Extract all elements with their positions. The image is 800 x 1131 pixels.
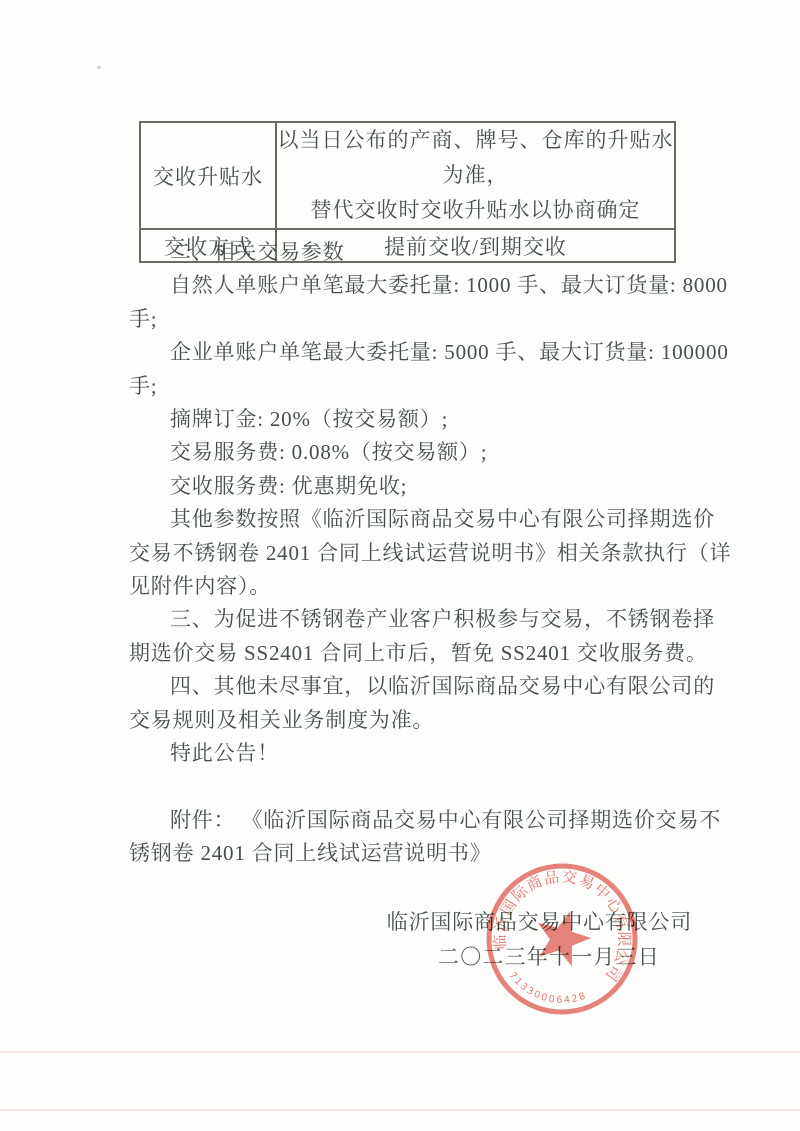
body-line: 特此公告！: [129, 737, 681, 770]
announcement-body: 二、相关交易参数 自然人单账户单笔最大委托量: 1000 手、最大订货量: 80…: [129, 236, 681, 771]
body-line: 交收服务费: 优惠期免收;: [129, 470, 681, 503]
table-value-line: 替代交收时交收升贴水以协商确定: [277, 193, 674, 228]
body-line: 手;: [129, 303, 681, 336]
scan-streak-artifact: [0, 1051, 800, 1053]
body-line: 四、其他未尽事宜，以临沂国际商品交易中心有限公司的: [129, 670, 681, 703]
body-line: 见附件内容）。: [129, 570, 681, 603]
body-line: 交易规则及相关业务制度为准。: [129, 704, 681, 737]
attachment-line: 附件： 《临沂国际商品交易中心有限公司择期选价交易不: [129, 804, 689, 837]
document-page: 交收升贴水 以当日公布的产商、牌号、仓库的升贴水为准， 替代交收时交收升贴水以协…: [0, 0, 800, 1131]
body-line: 企业单账户单笔最大委托量: 5000 手、最大订货量: 100000: [129, 336, 681, 369]
table-row: 交收升贴水 以当日公布的产商、牌号、仓库的升贴水为准， 替代交收时交收升贴水以协…: [140, 122, 675, 229]
table-value-line: 以当日公布的产商、牌号、仓库的升贴水为准，: [277, 123, 674, 193]
scan-streak-artifact: [0, 1109, 800, 1111]
table-label-delivery-premium: 交收升贴水: [140, 122, 276, 229]
body-line: 手;: [129, 370, 681, 403]
body-line: 三、为促进不锈钢卷产业客户积极参与交易，不锈钢卷择: [129, 603, 681, 636]
body-line: 二、相关交易参数: [129, 236, 681, 269]
scan-artifact-dot: [97, 66, 101, 69]
body-line: 交易不锈钢卷 2401 合同上线试运营说明书》相关条款执行（详: [129, 537, 681, 570]
body-line: 摘牌订金: 20%（按交易额）;: [129, 403, 681, 436]
body-line: 其他参数按照《临沂国际商品交易中心有限公司择期选价: [129, 503, 681, 536]
body-line: 期选价交易 SS2401 合同上市后，暂免 SS2401 交收服务费。: [129, 637, 681, 670]
star-icon: [529, 904, 597, 970]
body-line: 自然人单账户单笔最大委托量: 1000 手、最大订货量: 8000: [129, 269, 681, 302]
table-value-delivery-premium: 以当日公布的产商、牌号、仓库的升贴水为准， 替代交收时交收升贴水以协商确定: [276, 122, 675, 229]
body-line: 交易服务费: 0.08%（按交易额）;: [129, 436, 681, 469]
company-seal: 临沂国际商品交易中心有限公司 3713300064280: [482, 859, 642, 1019]
